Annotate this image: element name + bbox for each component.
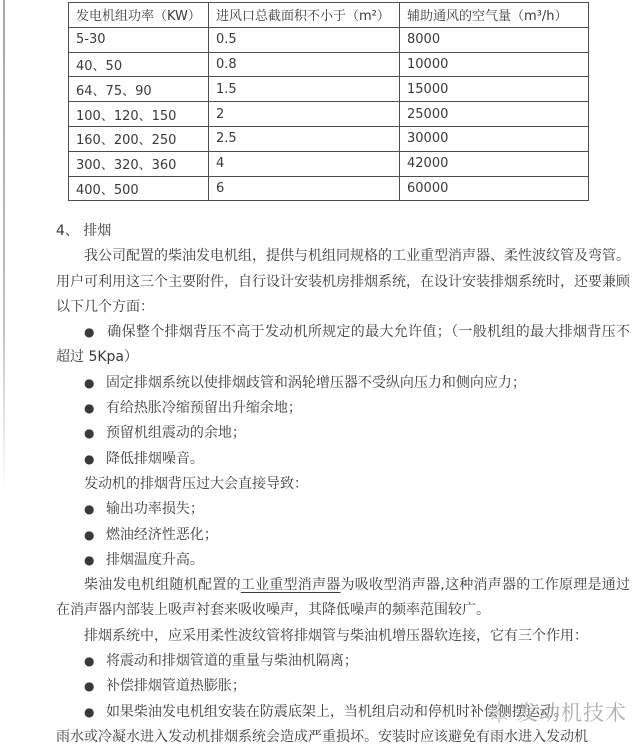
cell-power: 5-30 (69, 27, 209, 52)
list-item: ●有给热胀冷缩预留出升缩余地； (56, 396, 630, 421)
list-item: ●将震动和排烟管道的重量与柴油机隔离； (56, 649, 630, 674)
ventilation-spec-table: 发电机组功率（KW） 进风口总截面积不小于（m²） 辅助通风的空气量（m³/h）… (68, 2, 589, 201)
list-item: ●预留机组震动的余地； (56, 421, 630, 446)
table-row: 64、75、90 1.5 15000 (69, 77, 589, 102)
list-item-text: 预留机组震动的余地； (106, 425, 246, 441)
bullet-icon: ● (84, 452, 106, 466)
intro-paragraph: 我公司配置的柴油发电机组，提供与机组同规格的工业重型消声器、柔性波纹管及弯管。用… (56, 244, 630, 320)
list-item: ●输出功率损失； (56, 497, 630, 522)
cell-area: 4 (209, 151, 400, 176)
cell-air: 8000 (400, 27, 589, 52)
bullet-icon: ● (84, 376, 106, 390)
cell-air: 30000 (400, 126, 589, 151)
bellows-paragraph: 排烟系统中，应采用柔性波纹管将排烟管与柴油机增压器软连接，它有三个作用： (56, 624, 630, 649)
cell-power: 64、75、90 (69, 77, 209, 102)
bullet-icon: ● (84, 705, 106, 719)
cell-area: 0.5 (209, 27, 400, 52)
bullet-icon: ● (84, 401, 106, 415)
cell-air: 42000 (400, 151, 589, 176)
list-item: ●补偿排烟管道热膨胀； (56, 674, 630, 699)
table-row: 160、200、250 2.5 30000 (69, 126, 589, 151)
bullet-icon: ● (84, 654, 106, 668)
cell-air: 25000 (400, 102, 589, 127)
cell-power: 160、200、250 (69, 126, 209, 151)
list-item: ●如果柴油发电机组安装在防震底架上，当机组启动和停机时补偿侧摆运动。 (56, 700, 630, 725)
bullet-icon: ● (84, 502, 106, 516)
bullet-icon: ● (84, 426, 106, 440)
left-edge-rule (3, 0, 5, 490)
col-header-power: 发电机组功率（KW） (69, 3, 209, 28)
list-item-text: 排烟温度升高。 (106, 552, 204, 568)
table-row: 5-30 0.5 8000 (69, 27, 589, 52)
silencer-text-underlined: 工业重型消声器 (241, 577, 341, 593)
table-row: 300、320、360 4 42000 (69, 151, 589, 176)
list-item-text: 固定排烟系统以使排烟歧管和涡轮增压器不受纵向压力和侧向应力； (106, 375, 526, 391)
cell-power: 100、120、150 (69, 102, 209, 127)
cell-power: 400、500 (69, 176, 209, 201)
list-item: ●确保整个排烟背压不高于发动机所规定的最大允许值；（一般机组的最大排烟背压不超过… (56, 320, 630, 371)
list-item: ●排烟温度升高。 (56, 548, 630, 573)
bullet-icon: ● (84, 679, 106, 693)
section-heading: 4、 排烟 (56, 219, 630, 244)
list-item-text: 确保整个排烟背压不高于发动机所规定的最大允许值；（一般机组的最大排烟背压不超过 … (56, 324, 630, 365)
document-page: 发电机组功率（KW） 进风口总截面积不小于（m²） 辅助通风的空气量（m³/h）… (0, 0, 640, 754)
cell-power: 300、320、360 (69, 151, 209, 176)
bullet-icon: ● (84, 553, 106, 567)
silencer-paragraph: 柴油发电机组随机配置的工业重型消声器为吸收型消声器,这种消声器的工作原理是通过在… (56, 573, 630, 624)
list-item-text: 补偿排烟管道热膨胀； (106, 678, 246, 694)
col-header-inlet-area: 进风口总截面积不小于（m²） (209, 3, 400, 28)
table-row: 400、500 6 60000 (69, 176, 589, 201)
cell-air: 15000 (400, 77, 589, 102)
table-row: 40、50 0.8 10000 (69, 52, 589, 77)
cell-air: 60000 (400, 176, 589, 201)
list-item-text: 有给热胀冷缩预留出升缩余地； (106, 400, 302, 416)
exhaust-section: 4、 排烟 我公司配置的柴油发电机组，提供与机组同规格的工业重型消声器、柔性波纹… (56, 219, 630, 750)
col-header-air-volume: 辅助通风的空气量（m³/h） (400, 3, 589, 28)
cell-area: 0.8 (209, 52, 400, 77)
bullet-icon: ● (84, 325, 107, 339)
list-item-text: 输出功率损失； (106, 501, 204, 517)
cell-area: 1.5 (209, 77, 400, 102)
cell-air: 10000 (400, 52, 589, 77)
list-item-text: 降低排烟噪音。 (106, 451, 204, 467)
cell-power: 40、50 (69, 52, 209, 77)
cell-area: 2.5 (209, 126, 400, 151)
list-item-text: 将震动和排烟管道的重量与柴油机隔离； (106, 653, 358, 669)
lead-consequences: 发动机的排烟背压过大会直接导致： (56, 472, 630, 497)
bullet-icon: ● (84, 528, 106, 542)
table-header-row: 发电机组功率（KW） 进风口总截面积不小于（m²） 辅助通风的空气量（m³/h） (69, 3, 589, 28)
list-item: ●固定排烟系统以使排烟歧管和涡轮增压器不受纵向压力和侧向应力； (56, 371, 630, 396)
list-item-text: 燃油经济性恶化； (106, 527, 218, 543)
silencer-text-pre: 柴油发电机组随机配置的 (84, 577, 241, 593)
cell-area: 6 (209, 176, 400, 201)
cell-area: 2 (209, 102, 400, 127)
table-row: 100、120、150 2 25000 (69, 102, 589, 127)
list-item-text: 如果柴油发电机组安装在防震底架上，当机组启动和停机时补偿侧摆运动。 (106, 704, 568, 720)
list-item: ●降低排烟噪音。 (56, 447, 630, 472)
list-item: ●燃油经济性恶化； (56, 523, 630, 548)
rainwater-paragraph: 雨水或冷凝水进入发动机排烟系统会造成严重损坏。安装时应该避免有雨水进入发动机 (56, 725, 630, 750)
